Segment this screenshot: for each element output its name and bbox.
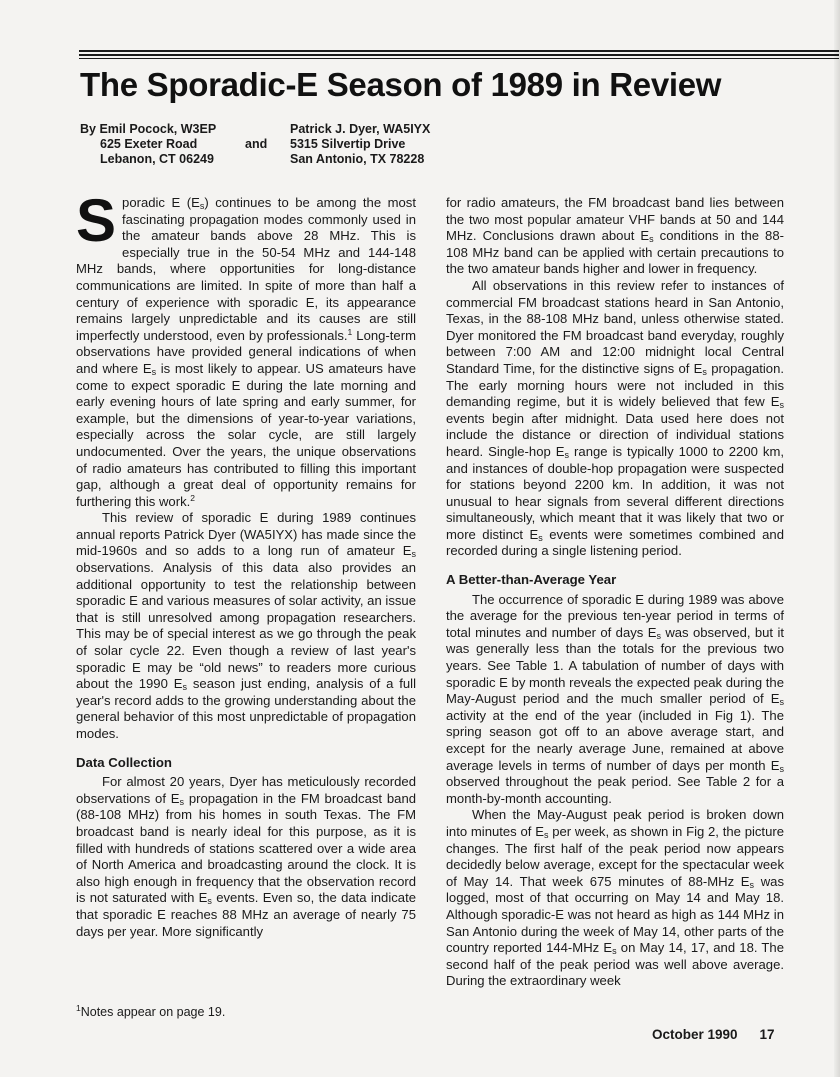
- article-title: The Sporadic-E Season of 1989 in Review: [80, 66, 721, 104]
- paragraph: The occurrence of sporadic E during 1989…: [446, 592, 784, 808]
- paragraph: All observations in this review refer to…: [446, 278, 784, 560]
- drop-cap: S: [76, 197, 116, 245]
- paragraph-intro: Sporadic E (Es) continues to be among th…: [76, 195, 416, 510]
- author-city: Lebanon, CT 06249: [80, 152, 216, 167]
- paragraph: This review of sporadic E during 1989 co…: [76, 510, 416, 742]
- column-right: for radio amateurs, the FM broadcast ban…: [446, 195, 784, 990]
- author-block-pocock: By Emil Pocock, W3EP 625 Exeter Road Leb…: [80, 122, 216, 167]
- author-name: Patrick J. Dyer, WA5IYX: [290, 122, 430, 137]
- page-footer: October 199017: [652, 1027, 775, 1042]
- paragraph: For almost 20 years, Dyer has meticulous…: [76, 774, 416, 940]
- author-city: San Antonio, TX 78228: [290, 152, 430, 167]
- page-edge: [834, 0, 840, 1077]
- page-number: 17: [760, 1027, 775, 1042]
- author-block-dyer: Patrick J. Dyer, WA5IYX 5315 Silvertip D…: [290, 122, 430, 167]
- column-left: Sporadic E (Es) continues to be among th…: [76, 195, 416, 940]
- author-street: 625 Exeter Road: [80, 137, 216, 152]
- section-heading-better-than-average: A Better-than-Average Year: [446, 572, 784, 589]
- header-rules: [79, 50, 839, 61]
- footnote: 1Notes appear on page 19.: [76, 1005, 225, 1019]
- paragraph: When the May-August peak period is broke…: [446, 807, 784, 990]
- section-heading-data-collection: Data Collection: [76, 755, 416, 772]
- issue-date: October 1990: [652, 1027, 738, 1042]
- author-street: 5315 Silvertip Drive: [290, 137, 430, 152]
- paragraph-continued: for radio amateurs, the FM broadcast ban…: [446, 195, 784, 278]
- author-conjunction: and: [245, 137, 267, 152]
- author-name: By Emil Pocock, W3EP: [80, 122, 216, 137]
